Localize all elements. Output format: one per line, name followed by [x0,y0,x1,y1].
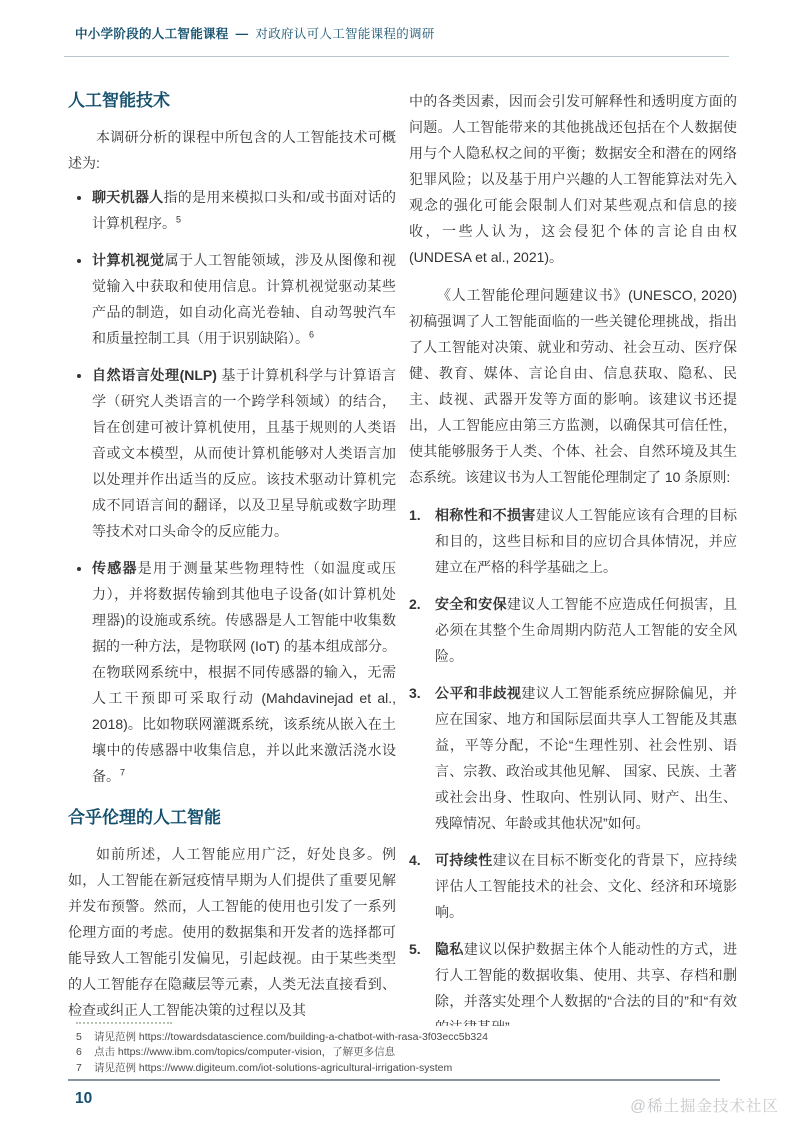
principle-number: 1. [409,502,435,580]
footnote-5: 5 请见范例 https://towardsdatascience.com/bu… [68,1030,728,1046]
footnote-ref-6: 6 [309,329,314,339]
footnote-7: 7 请见范例 https://www.digiteum.com/iot-solu… [68,1061,728,1077]
header-booklet-title: 中小学阶段的人工智能课程 [75,27,229,41]
principle-term: 安全和安保 [435,596,507,612]
principle-body: 安全和安保建议人工智能不应造成任何损害，且必须在其整个生命周期内防范人工智能的安… [435,591,737,669]
continuation-paragraph: 中的各类因素，因而会引发可解释性和透明度方面的问题。人工智能带来的其他挑战还包括… [409,88,737,270]
footnote-number: 6 [76,1045,85,1061]
principle-number: 3. [409,680,435,836]
principles-list: 1. 相称性和不损害建议人工智能应该有合理的目标和目的，这些目标和目的应切合具体… [409,502,737,1026]
footnote-number: 7 [76,1061,85,1077]
principle-term: 公平和非歧视 [435,685,521,701]
principle-item: 5. 隐私建议以保护数据主体个人能动性的方式，进行人工智能的数据收集、使用、共享… [409,936,737,1026]
watermark: @稀土掘金技术社区 [630,1094,779,1116]
footnote-ref-5: 5 [176,214,181,224]
page-number: 10 [68,1090,728,1108]
ai-tech-bullet-list: 聊天机器人指的是用来模拟口头和/或书面对话的计算机程序。5 计算机视觉属于人工智… [68,184,396,789]
footnote-text: 请见范例 https://www.digiteum.com/iot-soluti… [94,1061,452,1077]
principle-number: 5. [409,936,435,1026]
principle-body: 可持续性建议在目标不断变化的背景下，应持续评估人工智能技术的社会、文化、经济和环… [435,847,737,925]
bullet-sensor: 传感器是用于测量某些物理特性（如温度或压力），并将数据传输到其他电子设备(如计算… [92,555,396,789]
bullet-term: 计算机视觉 [92,252,165,268]
unesco-paragraph: 《人工智能伦理问题建议书》(UNESCO, 2020) 初稿强调了人工智能面临的… [409,282,737,490]
footnote-text: 点击 https://www.ibm.com/topics/computer-v… [94,1045,395,1061]
footnote-separator [76,1022,172,1024]
footnote-6: 6 点击 https://www.ibm.com/topics/computer… [68,1045,728,1061]
principle-term: 隐私 [435,941,464,957]
principle-term: 可持续性 [435,852,493,868]
principle-body: 公平和非歧视建议人工智能系统应摒除偏见，并应在国家、地方和国际层面共享人工智能及… [435,680,737,836]
bullet-computer-vision: 计算机视觉属于人工智能领域，涉及从图像和视觉输入中获取和使用信息。计算机视觉驱动… [92,247,396,351]
page-footer: 5 请见范例 https://towardsdatascience.com/bu… [68,1022,728,1109]
footnote-number: 5 [76,1030,85,1046]
header-separator: — [236,27,249,41]
principle-body: 相称性和不损害建议人工智能应该有合理的目标和目的，这些目标和目的应切合具体情况，… [435,502,737,580]
intro-paragraph: 本调研分析的课程中所包含的人工智能技术可概述为: [68,124,396,176]
principle-item: 4. 可持续性建议在目标不断变化的背景下，应持续评估人工智能技术的社会、文化、经… [409,847,737,925]
bullet-term: 自然语言处理(NLP) [92,367,217,383]
principle-term: 相称性和不损害 [435,507,536,523]
principle-body: 隐私建议以保护数据主体个人能动性的方式，进行人工智能的数据收集、使用、共享、存档… [435,936,737,1026]
principle-number: 2. [409,591,435,669]
ethics-paragraph: 如前所述，人工智能应用广泛，好处良多。例如，人工智能在新冠疫情早期为人们提供了重… [68,841,396,1023]
document-page: 中小学阶段的人工智能课程—对政府认可人工智能课程的调研 人工智能技术 本调研分析… [0,0,793,1122]
bullet-term: 聊天机器人 [92,189,163,205]
principle-item: 3. 公平和非歧视建议人工智能系统应摒除偏见，并应在国家、地方和国际层面共享人工… [409,680,737,836]
right-column: 中的各类因素，因而会引发可解释性和透明度方面的问题。人工智能带来的其他挑战还包括… [409,88,737,1026]
header-rule [64,56,729,57]
left-column: 人工智能技术 本调研分析的课程中所包含的人工智能技术可概述为: 聊天机器人指的是… [68,88,396,1026]
principle-item: 2. 安全和安保建议人工智能不应造成任何损害，且必须在其整个生命周期内防范人工智… [409,591,737,669]
principle-text: 建议以保护数据主体个人能动性的方式，进行人工智能的数据收集、使用、共享、存档和删… [435,941,737,1026]
principle-text: 建议人工智能系统应摒除偏见，并应在国家、地方和国际层面共享人工智能及其惠益，平等… [435,685,737,831]
running-header: 中小学阶段的人工智能课程—对政府认可人工智能课程的调研 [75,24,729,42]
footnote-text: 请见范例 https://towardsdatascience.com/buil… [94,1030,488,1046]
bullet-nlp: 自然语言处理(NLP) 基于计算机科学与计算语言学（研究人类语言的一个跨学科领域… [92,362,396,544]
principle-item: 1. 相称性和不损害建议人工智能应该有合理的目标和目的，这些目标和目的应切合具体… [409,502,737,580]
section-heading-ai-tech: 人工智能技术 [68,88,396,114]
principle-number: 4. [409,847,435,925]
section-heading-ethical-ai: 合乎伦理的人工智能 [68,805,396,831]
bullet-text: 是用于测量某些物理特性（如温度或压力），并将数据传输到其他电子设备(如计算机处理… [92,560,396,784]
header-section-title: 对政府认可人工智能课程的调研 [255,27,434,41]
page-content: 人工智能技术 本调研分析的课程中所包含的人工智能技术可概述为: 聊天机器人指的是… [68,88,737,1026]
footnote-ref-7: 7 [120,767,125,777]
bullet-term: 传感器 [92,560,138,576]
bullet-text: 基于计算机科学与计算语言学（研究人类语言的一个跨学科领域）的结合，旨在创建可被计… [92,367,396,539]
bullet-chatbot: 聊天机器人指的是用来模拟口头和/或书面对话的计算机程序。5 [92,184,396,236]
footer-rule [68,1079,720,1081]
